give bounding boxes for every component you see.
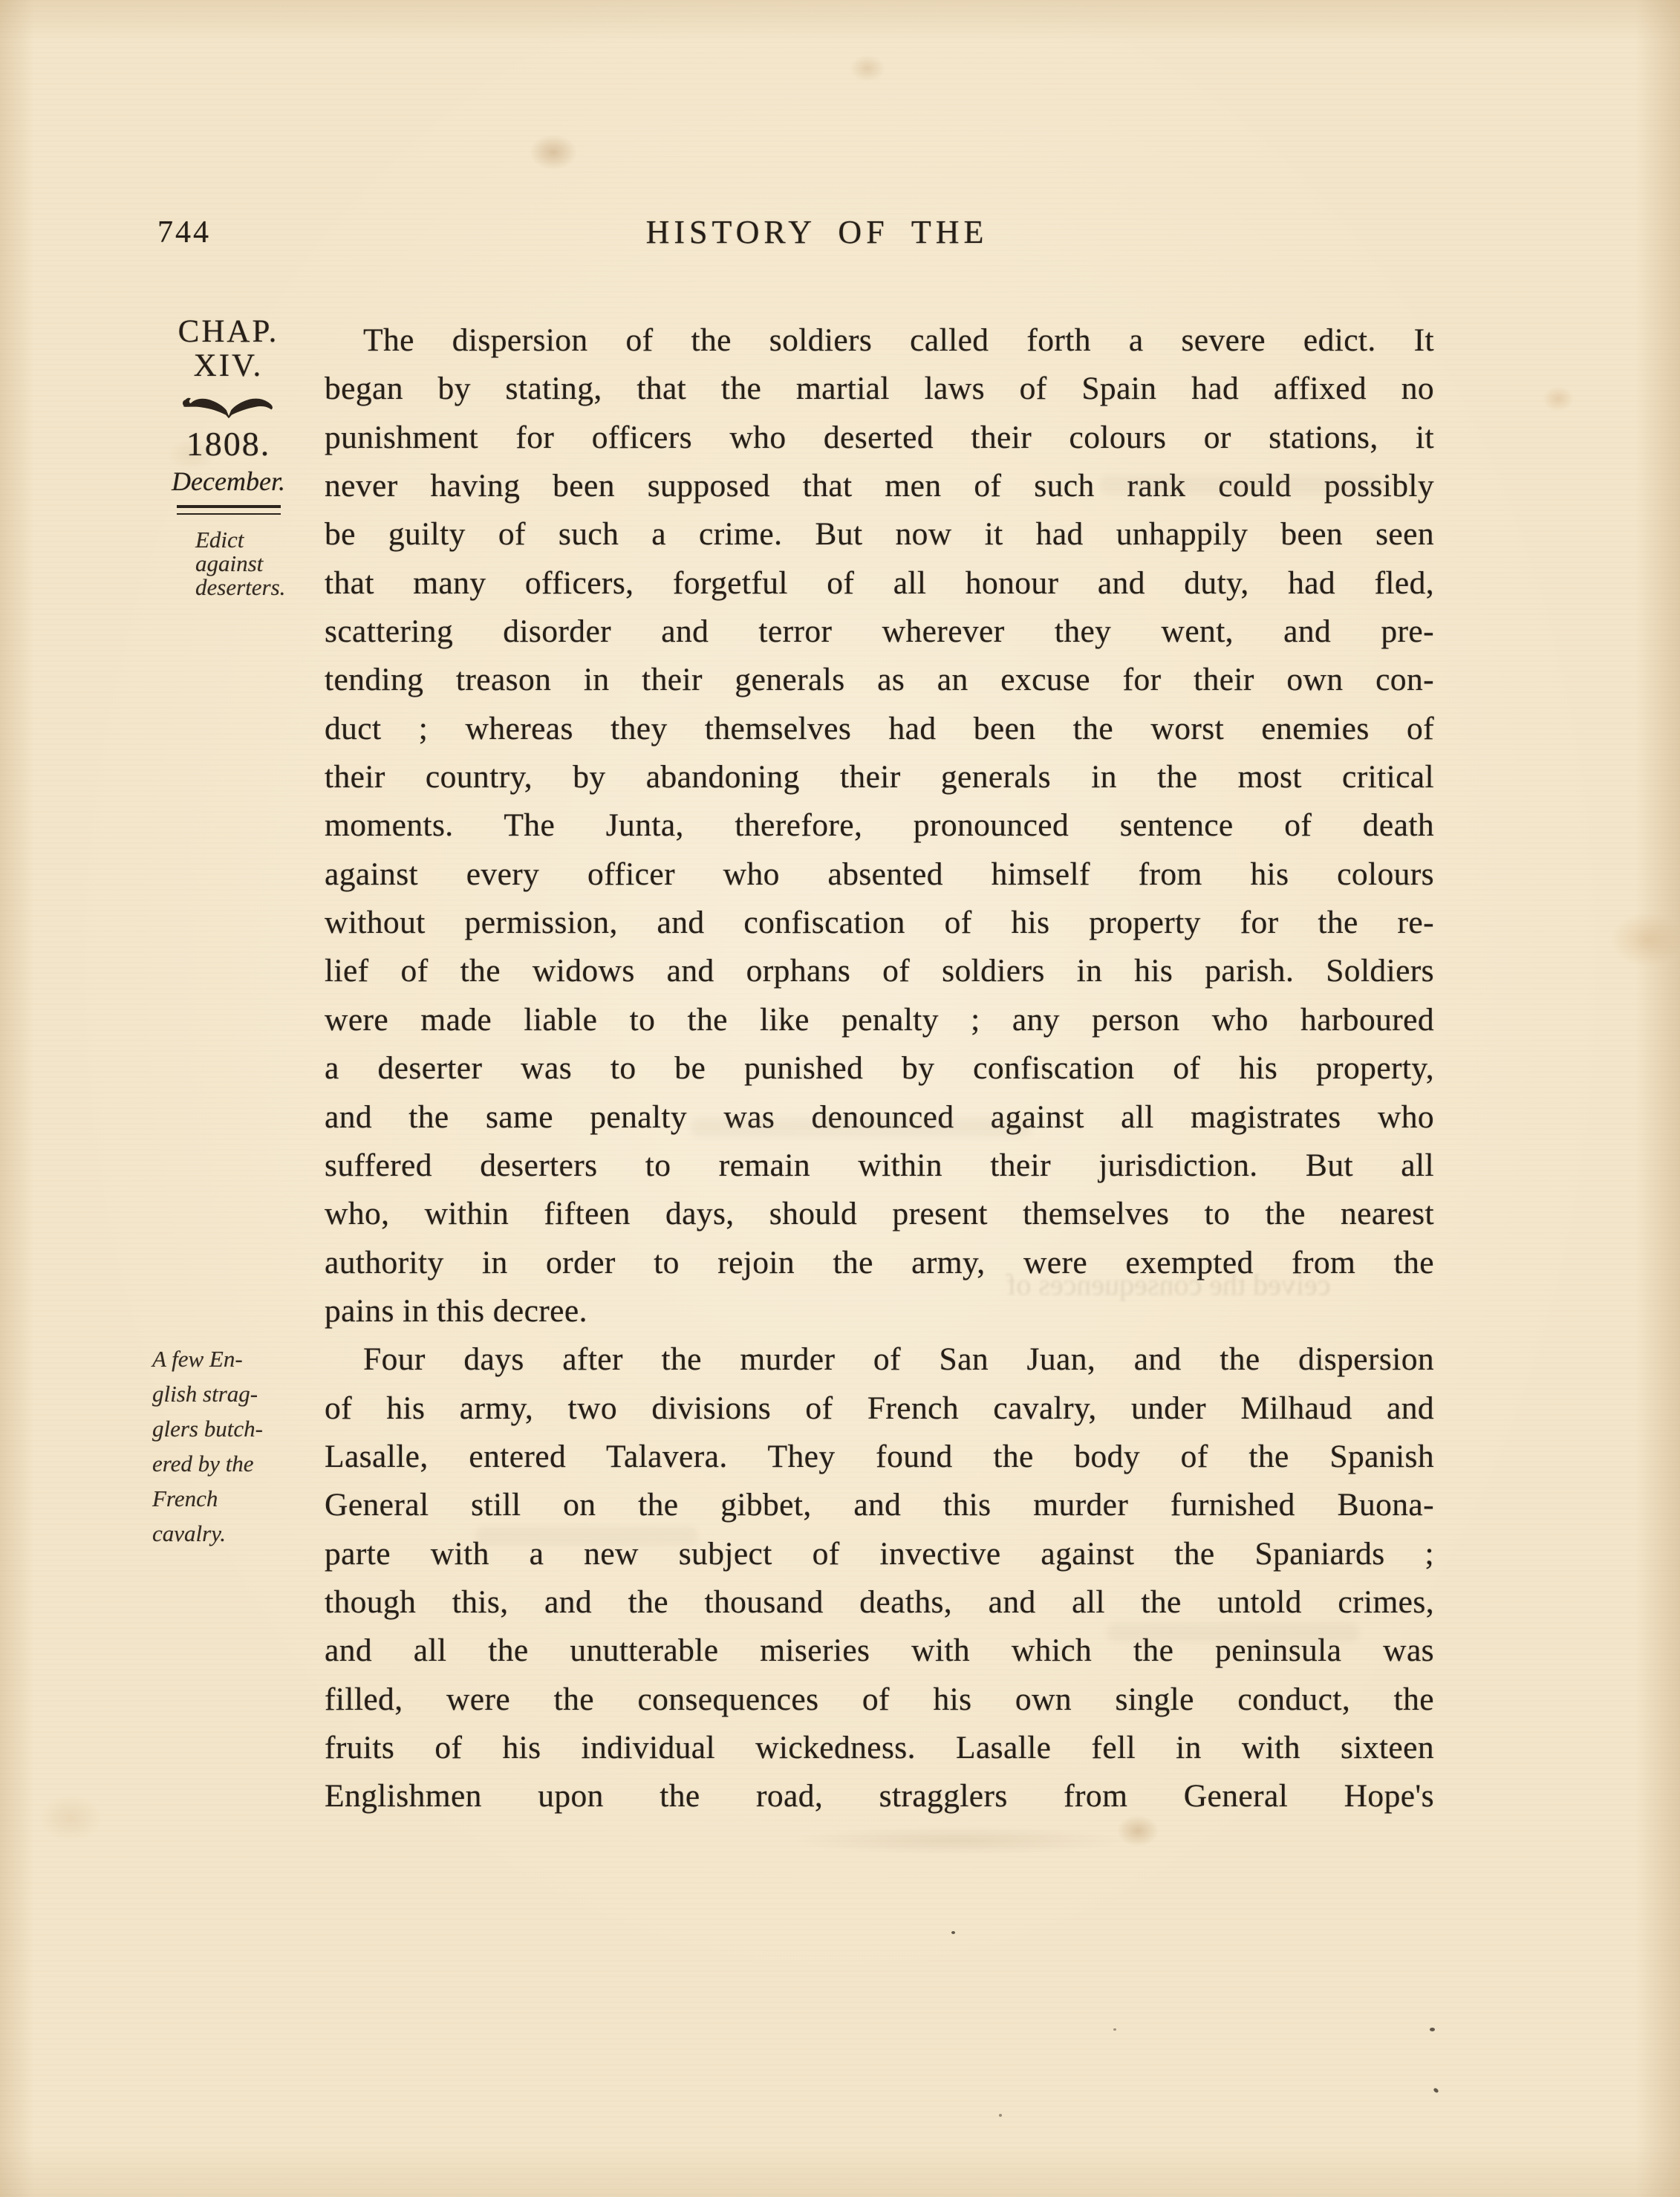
sidenote-line: deserters. bbox=[195, 576, 305, 599]
text-line: tending treason in their generals as an … bbox=[325, 656, 1434, 704]
text-line: moments. The Junta, therefore, pronounce… bbox=[325, 801, 1434, 850]
text-line: punishment for officers who deserted the… bbox=[325, 414, 1434, 462]
paper-speck bbox=[999, 2114, 1002, 2117]
sidenote-line: glish strag- bbox=[152, 1376, 316, 1411]
text-line: filled, were the consequences of his own… bbox=[325, 1676, 1434, 1724]
paper-speck bbox=[951, 1931, 955, 1934]
sidenote-line: against bbox=[195, 552, 305, 576]
text-line: be guilty of such a crime. But now it ha… bbox=[325, 510, 1434, 559]
text-line: against every officer who absented himse… bbox=[325, 850, 1434, 899]
sidenote-line: cavalry. bbox=[152, 1516, 316, 1551]
text-line: duct ; whereas they themselves had been … bbox=[325, 705, 1434, 753]
stragglers-sidenote: A few En- glish strag- glers butch- ered… bbox=[152, 1341, 316, 1551]
double-rule bbox=[177, 505, 281, 515]
chapter-label: CHAP. bbox=[152, 315, 305, 349]
chapter-sidenote-block: CHAP. XIV. 1808. December. Edict against… bbox=[152, 315, 305, 599]
text-line: lief of the widows and orphans of soldie… bbox=[325, 947, 1434, 995]
edict-sidenote: Edict against deserters. bbox=[152, 528, 305, 599]
sidenote-line: French bbox=[152, 1481, 316, 1516]
text-line: General still on the gibbet, and this mu… bbox=[325, 1481, 1434, 1529]
paper-speck bbox=[1433, 2087, 1439, 2093]
paper-speck bbox=[1430, 2028, 1435, 2031]
text-line: that many officers, forgetful of all hon… bbox=[325, 559, 1434, 608]
showthrough-smudge bbox=[1099, 475, 1381, 495]
paper-speck bbox=[1113, 2028, 1116, 2031]
text-line: Four days after the murder of San Juan, … bbox=[325, 1335, 1434, 1384]
sidenote-line: ered by the bbox=[152, 1446, 316, 1481]
showthrough-smudge bbox=[475, 1526, 698, 1546]
date-month: December. bbox=[152, 466, 305, 496]
chapter-number: XIV. bbox=[152, 349, 305, 383]
text-line: The dispersion of the soldiers called fo… bbox=[325, 316, 1434, 365]
sidenote-line: Edict bbox=[195, 528, 305, 552]
scanned-book-page: { "page": { "number": "744", "running_he… bbox=[0, 0, 1680, 2197]
showthrough-text: ceived the consequences of bbox=[1006, 1267, 1330, 1302]
running-header: HISTORY OF THE bbox=[446, 213, 1188, 251]
showthrough-smudge bbox=[1107, 1623, 1359, 1642]
text-line: though this, and the thousand deaths, an… bbox=[325, 1578, 1434, 1627]
text-line: Englishmen upon the road, stragglers fro… bbox=[325, 1772, 1434, 1820]
sidenote-line: A few En- bbox=[152, 1341, 316, 1376]
body-text-column: The dispersion of the soldiers called fo… bbox=[325, 316, 1434, 1821]
text-line: were made liable to the like penalty ; a… bbox=[325, 996, 1434, 1044]
text-line: without permission, and confiscation of … bbox=[325, 899, 1434, 947]
text-line: of his army, two divisions of French cav… bbox=[325, 1384, 1434, 1433]
text-line: fruits of his individual wickedness. Las… bbox=[325, 1724, 1434, 1772]
text-line: their country, by abandoning their gener… bbox=[325, 753, 1434, 801]
sidenote-line: glers butch- bbox=[152, 1411, 316, 1446]
text-line: scattering disorder and terror wherever … bbox=[325, 608, 1434, 656]
showthrough-smudge bbox=[691, 1118, 1032, 1137]
text-line: suffered deserters to remain within thei… bbox=[325, 1142, 1434, 1190]
chapter-flourish-icon bbox=[171, 389, 287, 422]
page-number: 744 bbox=[157, 215, 211, 250]
text-line: a deserter was to be punished by confisc… bbox=[325, 1044, 1434, 1093]
text-line: who, within fifteen days, should present… bbox=[325, 1190, 1434, 1238]
text-line: began by stating, that the martial laws … bbox=[325, 365, 1434, 413]
date-year: 1808. bbox=[152, 425, 305, 463]
text-line: Lasalle, entered Talavera. They found th… bbox=[325, 1433, 1434, 1481]
